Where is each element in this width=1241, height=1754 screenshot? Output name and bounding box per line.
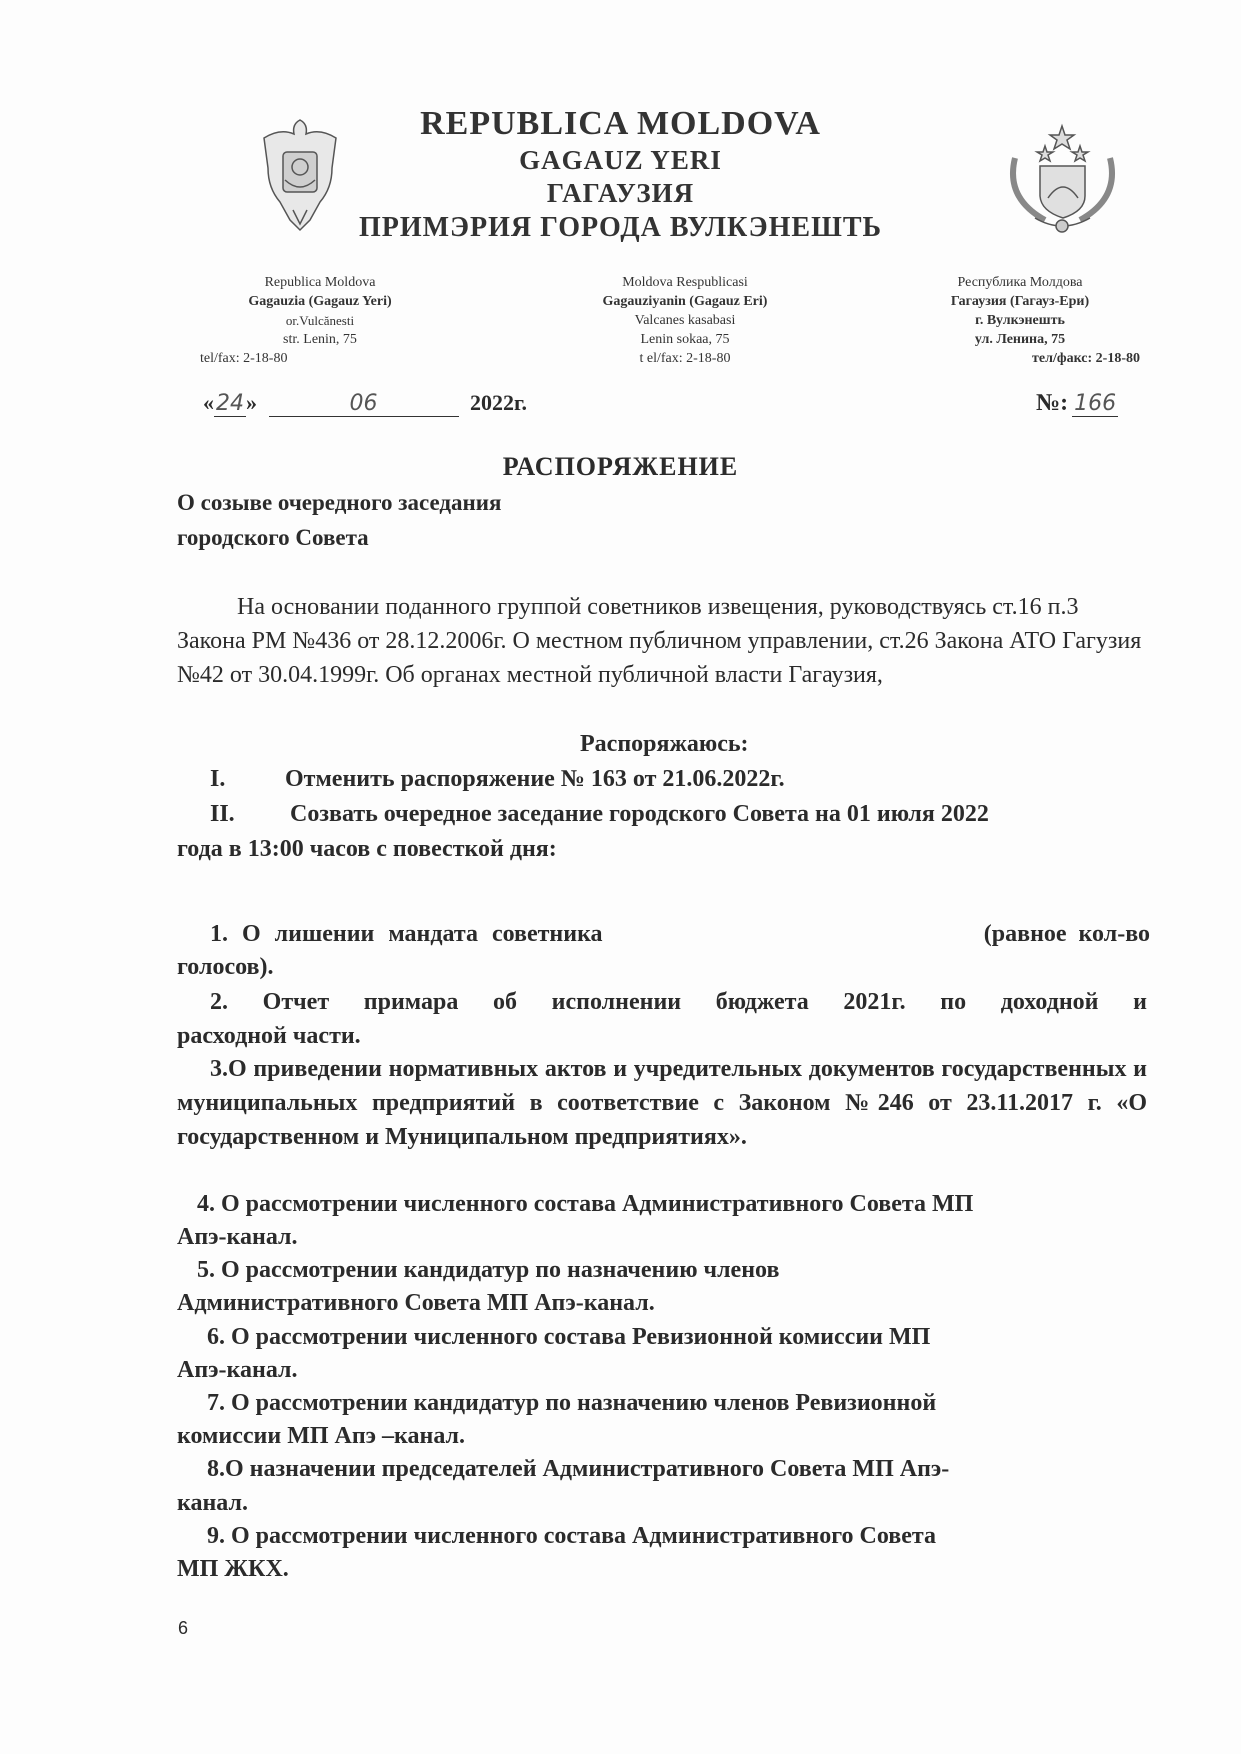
number-label: №: — [1036, 390, 1068, 416]
address-phone: tel/fax: 2-18-80 — [200, 349, 440, 368]
quote-close: » — [246, 390, 257, 415]
header-republica-moldova: REPUBLICA MOLDOVA — [0, 105, 1241, 143]
agenda-item-1-tail: (равное кол-во — [940, 917, 1150, 951]
document-number: №:166 — [1036, 390, 1118, 417]
agenda-item-6: 6. О рассмотрении численного состава Рев… — [207, 1320, 1177, 1354]
agenda-item-5-cont: Административного Совета МП Апэ-канал. — [177, 1286, 1147, 1320]
header-gagauzia: ГАГАУЗИЯ — [0, 178, 1241, 209]
subject-line-1: О созыве очередного заседания — [177, 490, 501, 516]
agenda-item-1: 1. О лишении мандата советника — [210, 917, 720, 951]
address-gagauz: Moldova Respublicasi Gagauziyanin (Gagau… — [565, 273, 805, 368]
agenda-item-2-cont: расходной части. — [177, 1019, 1147, 1053]
subject-line-2: городского Совета — [177, 525, 369, 551]
agenda-item-4-cont: Апэ-канал. — [177, 1220, 1147, 1254]
agenda-item-7-cont: комиссии МП Апэ –канал. — [177, 1419, 1147, 1453]
address-line: Республика Молдова — [900, 273, 1140, 292]
agenda-item-9-cont: МП ЖКХ. — [177, 1552, 1147, 1586]
address-line: г. Вулкэнешть — [900, 311, 1140, 330]
date-day: 24 — [214, 391, 246, 417]
address-line: ул. Ленина, 75 — [900, 330, 1140, 349]
document-title: РАСПОРЯЖЕНИЕ — [0, 452, 1241, 482]
date-year: 2022г. — [470, 390, 527, 415]
address-russian: Республика Молдова Гагаузия (Гагауз-Ери)… — [900, 273, 1140, 368]
address-line: Gagauziyanin (Gagauz Eri) — [565, 292, 805, 311]
agenda-item-1-cont: голосов). — [177, 950, 1147, 984]
agenda-item-2: 2. Отчет примара об исполнении бюджета 2… — [210, 985, 1147, 1019]
address-line: Гагаузия (Гагауз-Ери) — [900, 292, 1140, 311]
address-line: Gagauzia (Gagauz Yeri) — [200, 292, 440, 311]
agenda-item-8: 8.О назначении председателей Администрат… — [207, 1452, 1177, 1486]
clause-2-text: Созвать очередное заседание городского С… — [290, 797, 1150, 831]
clause-2-continuation: года в 13:00 часов с повесткой дня: — [177, 832, 1147, 866]
address-line: Moldova Respublicasi — [565, 273, 805, 292]
agenda-item-6-cont: Апэ-канал. — [177, 1353, 1147, 1387]
address-romanian: Republica Moldova Gagauzia (Gagauz Yeri)… — [200, 273, 440, 368]
address-line: Lenin sokaa, 75 — [565, 330, 805, 349]
address-line: Republica Moldova — [200, 273, 440, 292]
agenda-item-5: 5. О рассмотрении кандидатур по назначен… — [197, 1253, 1167, 1287]
number-value: 166 — [1072, 391, 1118, 417]
address-line: or.Vulcănesti — [200, 311, 440, 330]
address-phone: тел/факс: 2-18-80 — [900, 349, 1140, 368]
preamble-paragraph: На основании поданного группой советнико… — [177, 590, 1147, 692]
document-date: «24» 06 2022г. — [203, 390, 527, 417]
address-line: str. Lenin, 75 — [200, 330, 440, 349]
quote-open: « — [203, 390, 214, 415]
agenda-item-3: 3.О приведении нормативных актов и учред… — [177, 1052, 1147, 1154]
agenda-item-7: 7. О рассмотрении кандидатур по назначен… — [207, 1386, 1177, 1420]
clause-1-text: Отменить распоряжение № 163 от 21.06.202… — [285, 762, 1145, 796]
agenda-item-9: 9. О рассмотрении численного состава Адм… — [207, 1519, 1177, 1553]
address-phone: t el/fax: 2-18-80 — [565, 349, 805, 368]
date-month: 06 — [269, 391, 459, 417]
address-line: Valcanes kasabasi — [565, 311, 805, 330]
header-gagauz-yeri: GAGAUZ YERI — [0, 145, 1241, 176]
page-number: 6 — [178, 1618, 188, 1639]
agenda-item-8-cont: канал. — [177, 1486, 1147, 1520]
header-mayoralty: ПРИМЭРИЯ ГОРОДА ВУЛКЭНЕШТЬ — [0, 212, 1241, 244]
agenda-item-4: 4. О рассмотрении численного состава Адм… — [197, 1187, 1167, 1221]
decree-heading: Распоряжаюсь: — [580, 727, 880, 761]
